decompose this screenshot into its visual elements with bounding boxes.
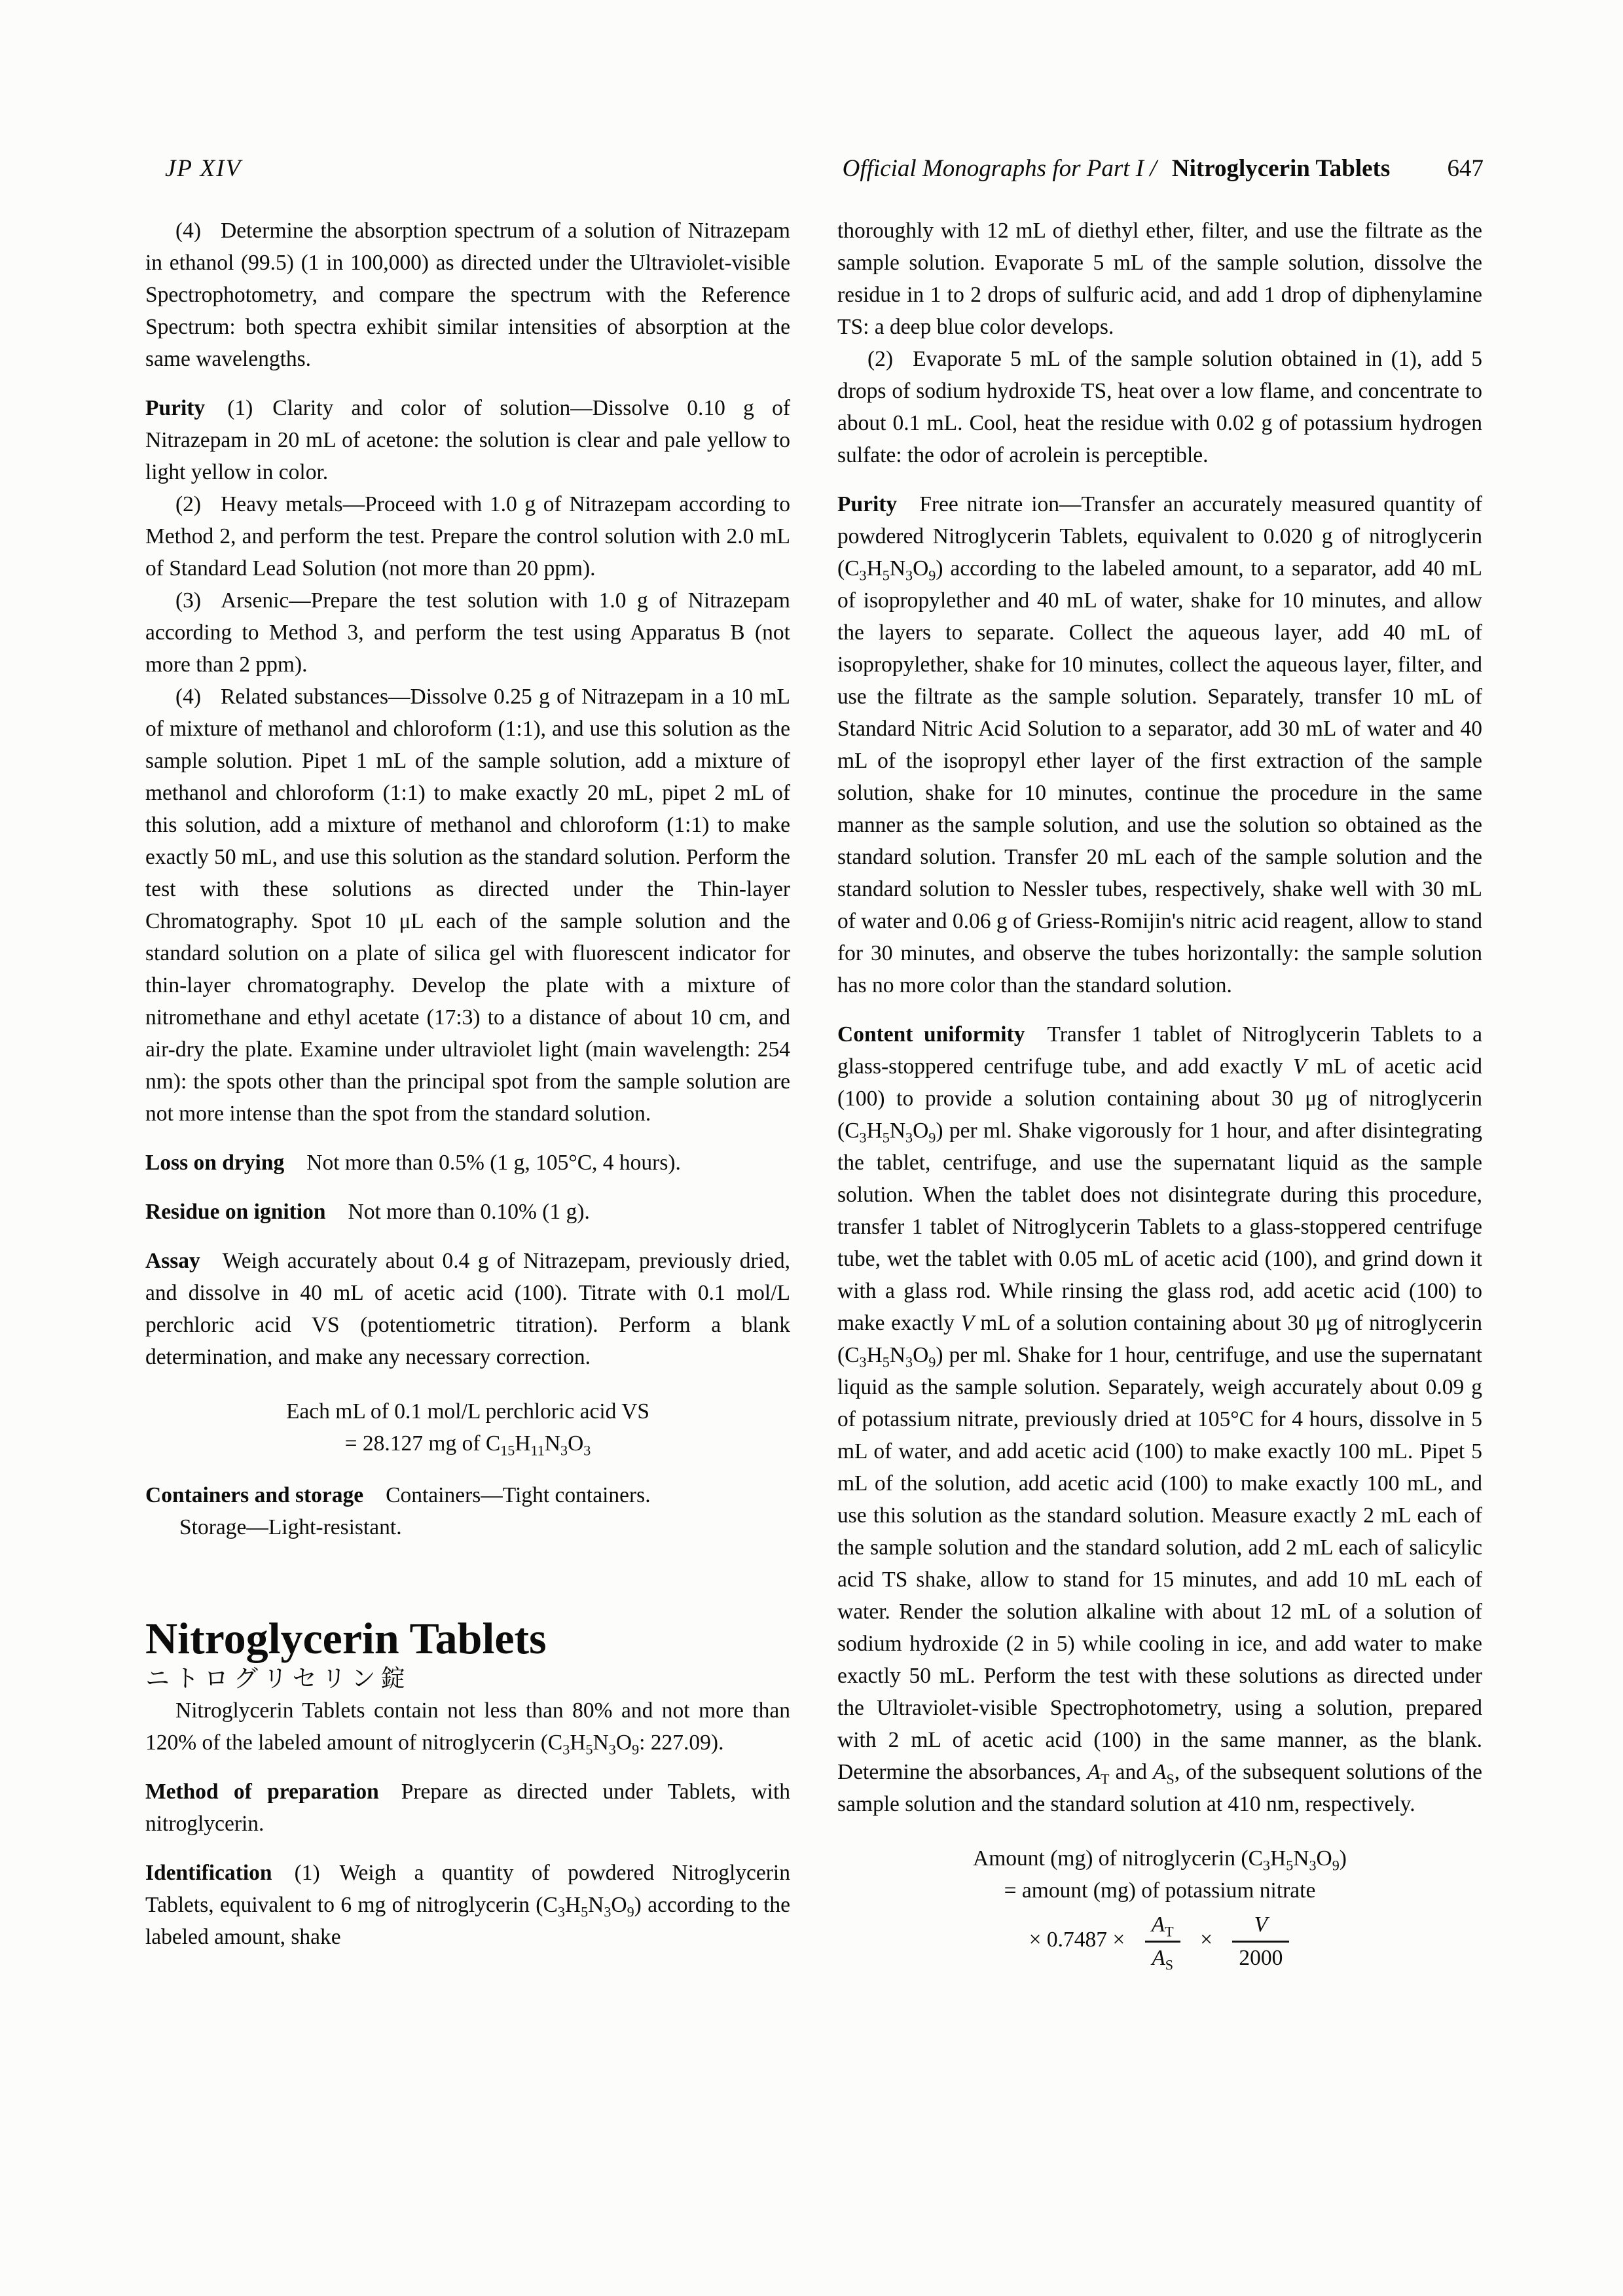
paragraph-number: (1) xyxy=(227,396,253,420)
equation-line-1: Amount (mg) of nitroglycerin (C3H5N3O9) xyxy=(837,1842,1482,1874)
nitroglycerin-amount-equation: Amount (mg) of nitroglycerin (C3H5N3O9) … xyxy=(837,1842,1482,1973)
monograph-title: Nitroglycerin Tablets xyxy=(145,1614,790,1662)
paragraph-text: Evaporate 5 mL of the sample solution ob… xyxy=(837,347,1482,467)
containers-text: Containers—Tight containers. xyxy=(386,1483,650,1507)
section-label: Containers and storage xyxy=(145,1483,363,1507)
paragraph-text: Heavy metals—Proceed with 1.0 g of Nitra… xyxy=(145,492,790,581)
paragraph-number: (4) xyxy=(175,685,201,709)
two-column-text-body: (4)Determine the absorption spectrum of … xyxy=(145,215,1482,1992)
fraction-numerator: AT xyxy=(1145,1910,1180,1941)
paragraph-text: Free nitrate ion—Transfer an accurately … xyxy=(837,492,1482,997)
fraction-denominator: AS xyxy=(1145,1941,1180,1973)
running-head-section: Official Monographs for Part I xyxy=(843,155,1144,182)
document-page: JP XIV Official Monographs for Part I / … xyxy=(0,0,1623,2296)
method-of-preparation-section: Method of preparationPrepare as directed… xyxy=(145,1776,790,1840)
storage-text: Storage—Light-resistant. xyxy=(145,1511,790,1543)
paragraph-text: Not more than 0.5% (1 g, 105°C, 4 hours)… xyxy=(306,1151,681,1175)
residue-on-ignition-section: Residue on ignitionNot more than 0.10% (… xyxy=(145,1196,790,1228)
page-number: 647 xyxy=(1448,155,1484,182)
volume-ratio-fraction: V 2000 xyxy=(1232,1910,1289,1973)
section-label: Loss on drying xyxy=(145,1151,284,1175)
nitrazepam-purity-2-paragraph: (2)Heavy metals—Proceed with 1.0 g of Ni… xyxy=(145,488,790,584)
section-label: Residue on ignition xyxy=(145,1200,326,1224)
section-label: Purity xyxy=(145,396,205,420)
paragraph-text: Not more than 0.10% (1 g). xyxy=(348,1200,590,1224)
equation-line-2: = 28.127 mg of C15H11N3O3 xyxy=(145,1427,790,1460)
fraction-denominator: 2000 xyxy=(1232,1941,1289,1973)
paragraph-text: Determine the absorption spectrum of a s… xyxy=(145,219,790,371)
paragraph-number: (4) xyxy=(175,219,201,243)
nitrazepam-purity-section: Purity(1)Clarity and color of solution—D… xyxy=(145,392,790,488)
right-column: thoroughly with 12 mL of diethyl ether, … xyxy=(837,215,1482,1992)
absorbance-ratio-fraction: AT AS xyxy=(1145,1910,1180,1973)
running-head: Official Monographs for Part I / Nitrogl… xyxy=(843,154,1484,183)
assay-section: AssayWeigh accurately about 0.4 g of Nit… xyxy=(145,1245,790,1373)
paragraph-text: Transfer 1 tablet of Nitroglycerin Table… xyxy=(837,1022,1482,1816)
identification-continued-paragraph: thoroughly with 12 mL of diethyl ether, … xyxy=(837,215,1482,343)
paragraph-number: (3) xyxy=(175,588,201,613)
containers-and-storage-section: Containers and storageContainers—Tight c… xyxy=(145,1479,790,1511)
identification-2-paragraph: (2)Evaporate 5 mL of the sample solution… xyxy=(837,343,1482,471)
page-header: JP XIV Official Monographs for Part I / … xyxy=(165,154,1484,183)
equation-times-sign: × xyxy=(1200,1928,1213,1952)
equation-line-1: Each mL of 0.1 mol/L perchloric acid VS xyxy=(145,1395,790,1427)
journal-edition-label: JP XIV xyxy=(165,154,242,183)
identification-section: Identification(1)Weigh a quantity of pow… xyxy=(145,1857,790,1953)
equation-factor: × 0.7487 × xyxy=(1029,1928,1125,1952)
nitrazepam-purity-4-paragraph: (4)Related substances—Dissolve 0.25 g of… xyxy=(145,681,790,1130)
loss-on-drying-section: Loss on dryingNot more than 0.5% (1 g, 1… xyxy=(145,1147,790,1179)
section-label: Content uniformity xyxy=(837,1022,1025,1047)
equation-line-2: = amount (mg) of potassium nitrate xyxy=(837,1874,1482,1907)
paragraph-number: (1) xyxy=(295,1861,320,1885)
running-head-monograph: Nitroglycerin Tablets xyxy=(1172,155,1390,182)
left-column: (4)Determine the absorption spectrum of … xyxy=(145,215,790,1992)
monograph-title-japanese: ニトログリセリン錠 xyxy=(145,1662,790,1695)
section-label: Purity xyxy=(837,492,897,516)
running-head-slash: / xyxy=(1150,155,1163,182)
section-label: Method of preparation xyxy=(145,1780,379,1804)
paragraph-text: Arsenic—Prepare the test solution with 1… xyxy=(145,588,790,677)
perchloric-acid-equivalence-equation: Each mL of 0.1 mol/L perchloric acid VS … xyxy=(145,1395,790,1460)
paragraph-number: (2) xyxy=(175,492,201,516)
paragraph-number: (2) xyxy=(867,347,893,371)
nitrazepam-identification-4-paragraph: (4)Determine the absorption spectrum of … xyxy=(145,215,790,375)
section-label: Assay xyxy=(145,1249,200,1273)
nitroglycerin-definition-paragraph: Nitroglycerin Tablets contain not less t… xyxy=(145,1695,790,1759)
content-uniformity-section: Content uniformityTransfer 1 tablet of N… xyxy=(837,1018,1482,1820)
nitrazepam-purity-3-paragraph: (3)Arsenic—Prepare the test solution wit… xyxy=(145,584,790,681)
tablets-purity-section: PurityFree nitrate ion—Transfer an accur… xyxy=(837,488,1482,1001)
paragraph-text: Weigh accurately about 0.4 g of Nitrazep… xyxy=(145,1249,790,1369)
paragraph-text: Related substances—Dissolve 0.25 g of Ni… xyxy=(145,685,790,1126)
fraction-numerator: V xyxy=(1232,1910,1289,1941)
section-label: Identification xyxy=(145,1861,272,1885)
equation-line-3: × 0.7487 × AT AS × V 2000 xyxy=(837,1910,1482,1973)
